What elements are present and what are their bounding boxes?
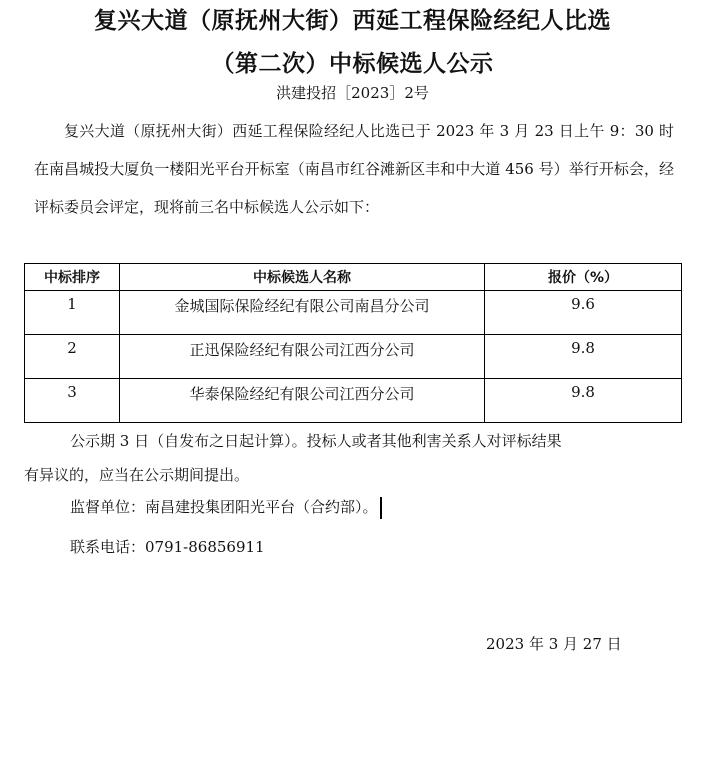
candidates-table: 中标排序 中标候选人名称 报价（%） 1 金城国际保险经纪有限公司南昌分公司 9…	[24, 263, 682, 423]
table-header-row: 中标排序 中标候选人名称 报价（%）	[25, 264, 682, 291]
supervisor-text: 监督单位：南昌建投集团阳光平台（合约部）。	[70, 498, 378, 516]
publish-date: 2023 年 3 月 27 日	[486, 633, 622, 654]
document-title-line2: （第二次）中标候选人公示	[0, 45, 705, 78]
cell-rank: 1	[25, 291, 120, 335]
table-row: 3 华泰保险经纪有限公司江西分公司 9.8	[25, 379, 682, 423]
document-title-line1: 复兴大道（原抚州大街）西延工程保险经纪人比选	[0, 2, 705, 35]
cell-price: 9.8	[485, 335, 682, 379]
notice-line-1: 公示期 3 日（自发布之日起计算）。投标人或者其他利害关系人对评标结果	[24, 424, 684, 458]
intro-paragraph: 复兴大道（原抚州大街）西延工程保险经纪人比选已于 2023 年 3 月 23 日…	[34, 112, 674, 226]
document-number: 洪建投招［2023］2号	[0, 82, 705, 103]
cell-price: 9.6	[485, 291, 682, 335]
contact-line: 联系电话：0791-86856911	[70, 536, 265, 557]
table-row: 1 金城国际保险经纪有限公司南昌分公司 9.6	[25, 291, 682, 335]
cell-rank: 2	[25, 335, 120, 379]
header-rank: 中标排序	[25, 264, 120, 291]
cell-name: 华泰保险经纪有限公司江西分公司	[120, 379, 485, 423]
cell-rank: 3	[25, 379, 120, 423]
cell-name: 金城国际保险经纪有限公司南昌分公司	[120, 291, 485, 335]
table-row: 2 正迅保险经纪有限公司江西分公司 9.8	[25, 335, 682, 379]
text-cursor	[380, 497, 382, 519]
notice-paragraph: 公示期 3 日（自发布之日起计算）。投标人或者其他利害关系人对评标结果 有异议的…	[24, 424, 684, 492]
cell-name: 正迅保险经纪有限公司江西分公司	[120, 335, 485, 379]
cell-price: 9.8	[485, 379, 682, 423]
notice-line-2: 有异议的，应当在公示期间提出。	[24, 458, 684, 492]
supervisor-line[interactable]: 监督单位：南昌建投集团阳光平台（合约部）。	[70, 496, 382, 519]
header-price: 报价（%）	[485, 264, 682, 291]
header-name: 中标候选人名称	[120, 264, 485, 291]
